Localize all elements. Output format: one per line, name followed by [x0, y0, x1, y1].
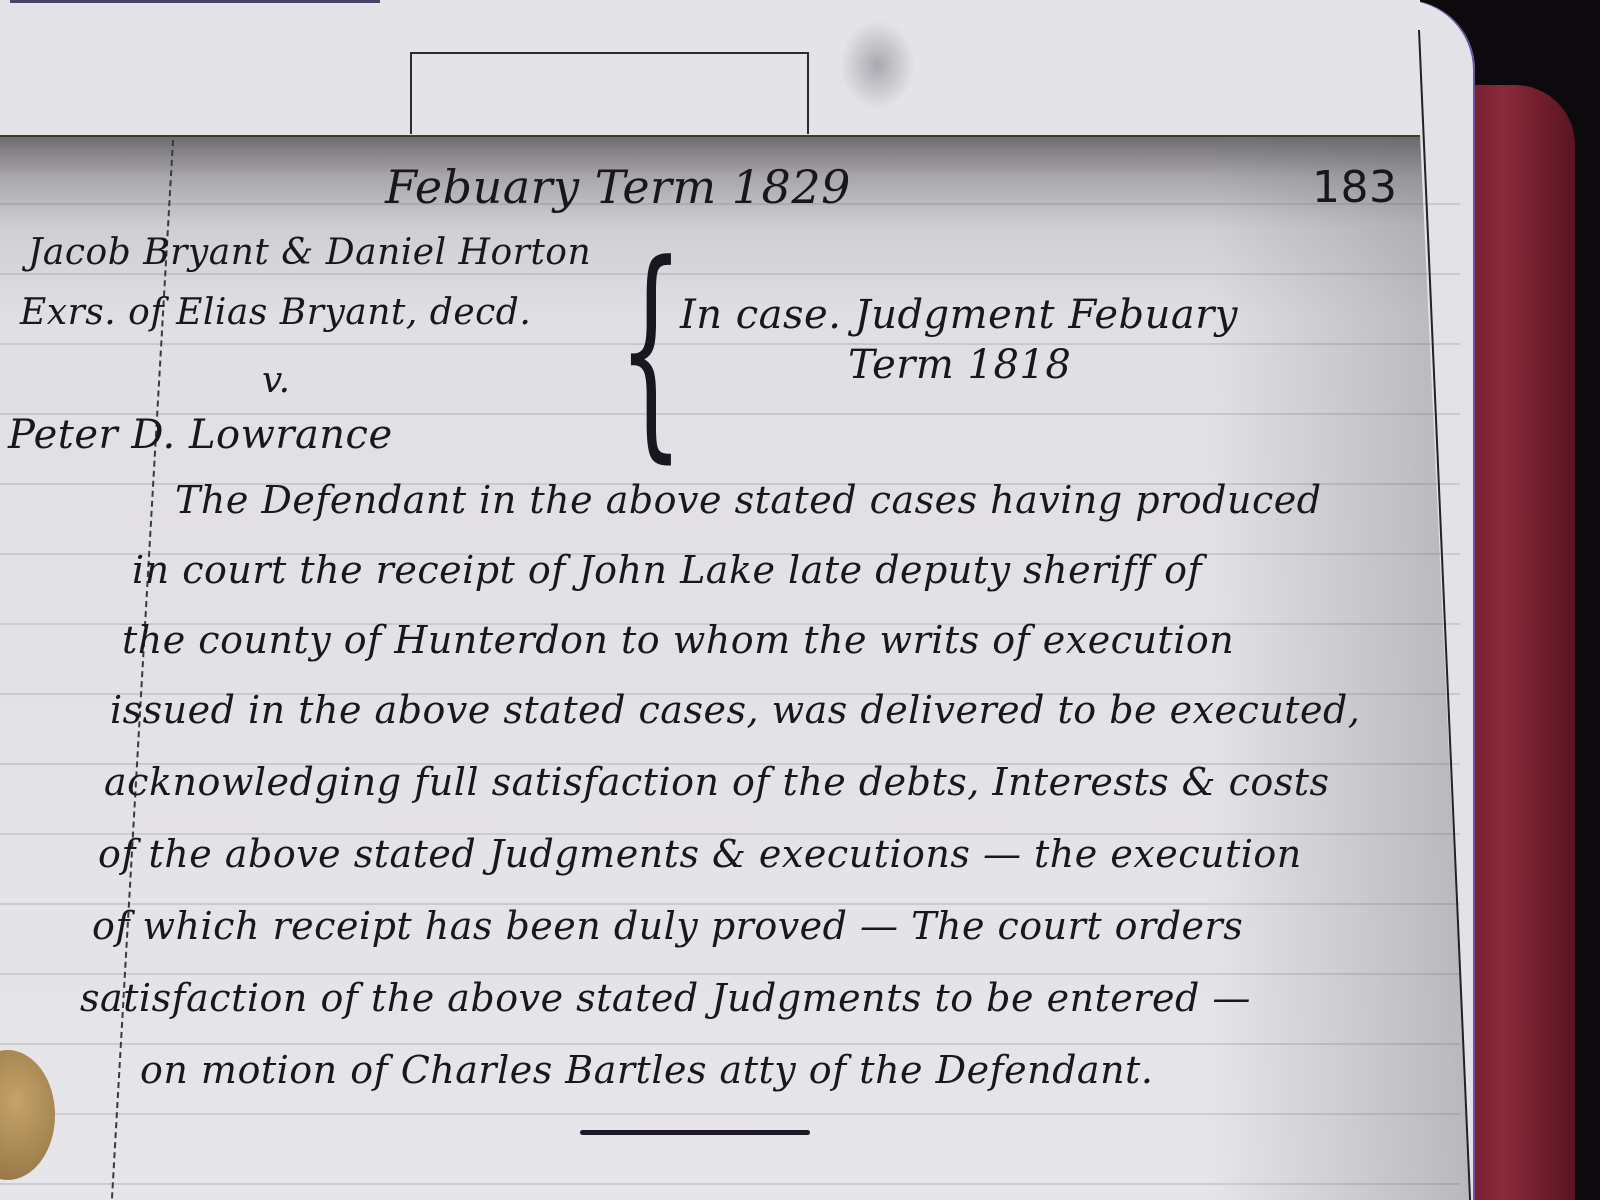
defendant-name: Peter D. Lowrance: [8, 412, 393, 458]
caption-brace: {: [618, 235, 684, 465]
versus-mark: v.: [262, 360, 291, 401]
top-edge-line: [10, 0, 380, 3]
tab-outline: [410, 52, 809, 134]
page-number: 183: [1312, 162, 1397, 213]
body-line: on motion of Charles Bartles atty of the…: [140, 1048, 1153, 1092]
photocopy-sheet: Febuary Term 1829 183 Jacob Bryant & Dan…: [0, 0, 1475, 1200]
plaintiffs-line-2: Exrs. of Elias Bryant, decd.: [20, 292, 531, 333]
body-line: The Defendant in the above stated cases …: [175, 478, 1322, 522]
case-note-line-2: Term 1818: [848, 342, 1071, 388]
plaintiffs-line-1: Jacob Bryant & Daniel Horton: [28, 232, 591, 273]
body-line: of the above stated Judgments & executio…: [98, 832, 1302, 876]
body-line: in court the receipt of John Lake late d…: [132, 548, 1202, 592]
body-line: satisfaction of the above stated Judgmen…: [80, 976, 1251, 1020]
copy-smudge: [840, 20, 915, 110]
body-line: issued in the above stated cases, was de…: [110, 688, 1360, 732]
closing-rule: [580, 1130, 810, 1135]
body-line: the county of Hunterdon to whom the writ…: [122, 618, 1234, 662]
body-line: acknowledging full satisfaction of the d…: [104, 760, 1330, 804]
term-heading: Febuary Term 1829: [385, 160, 851, 214]
body-line: of which receipt has been duly proved — …: [92, 904, 1243, 948]
top-margin-strip: [0, 0, 1420, 135]
case-note-line-1: In case. Judgment Febuary: [680, 292, 1238, 338]
